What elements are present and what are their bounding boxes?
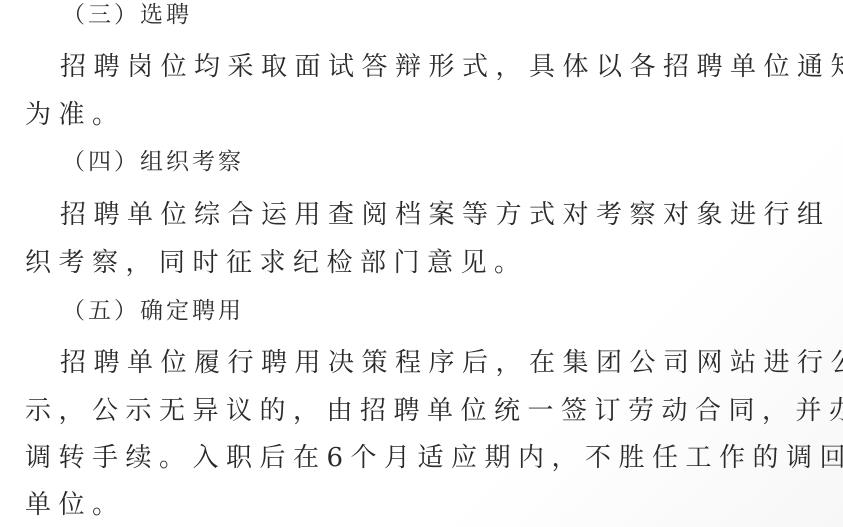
paragraph-line: 为准。 bbox=[25, 100, 126, 130]
paragraph-line: 招聘岗位均采取面试答辩形式，具体以各招聘单位通知 bbox=[60, 52, 843, 82]
paragraph-line: 调转手续。入职后在6个月适应期内，不胜任工作的调回原 bbox=[25, 443, 843, 473]
paragraph-line: 招聘单位履行聘用决策程序后，在集团公司网站进行公 bbox=[60, 348, 843, 378]
document-page: （三）选聘 招聘岗位均采取面试答辩形式，具体以各招聘单位通知 为准。 （四）组织… bbox=[0, 0, 843, 527]
paragraph-line: 织考察，同时征求纪检部门意见。 bbox=[25, 248, 528, 278]
section-heading-organizational-review: （四）组织考察 bbox=[62, 147, 244, 177]
section-heading-selection: （三）选聘 bbox=[62, 0, 192, 30]
section-heading-confirm-hiring: （五）确定聘用 bbox=[62, 296, 244, 326]
paragraph-line: 单位。 bbox=[25, 490, 126, 520]
paragraph-line: 示，公示无异议的，由招聘单位统一签订劳动合同，并办理 bbox=[25, 396, 843, 426]
paragraph-line: 招聘单位综合运用查阅档案等方式对考察对象进行组 bbox=[60, 200, 831, 230]
